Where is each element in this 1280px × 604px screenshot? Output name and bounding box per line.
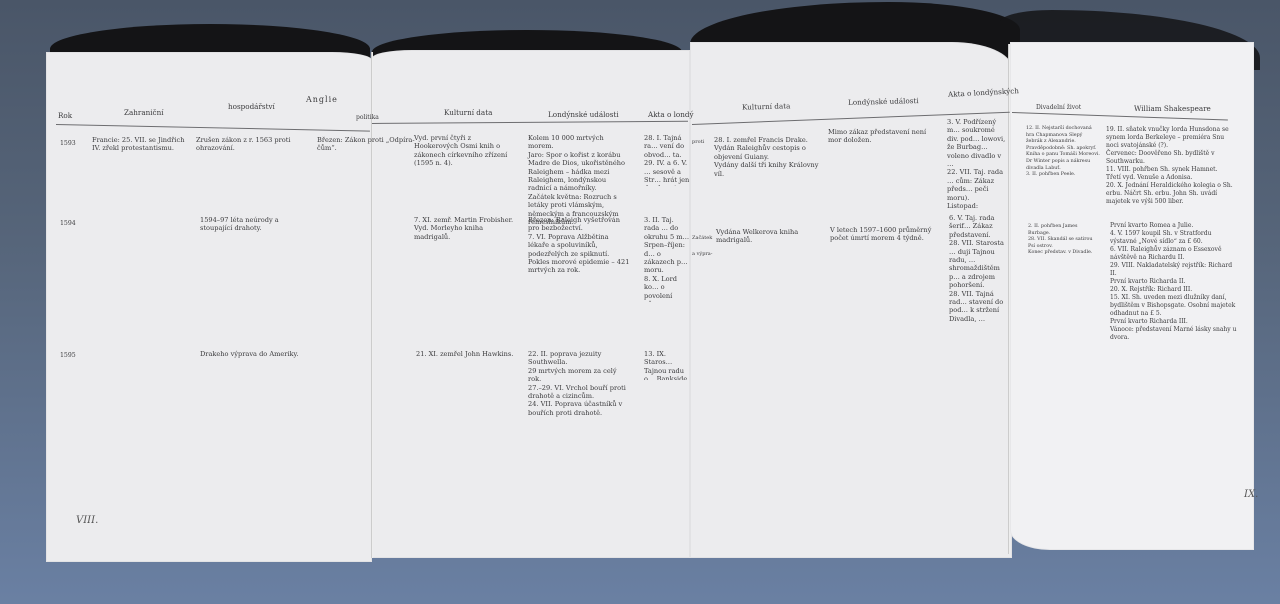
text-line: 22. II. poprava jezuity Southwella. (528, 350, 630, 367)
text-line: 24. VII. Poprava účastníků v bouřích pro… (528, 400, 630, 417)
page-viii-left (46, 52, 372, 562)
text-line: Vydán Raleighův cestopis o objevení Guia… (714, 144, 820, 161)
cell-1594-akta: 3. II. Taj. rada … do okruhu 5 m… Srpen–… (644, 216, 690, 302)
header-rok: Rok (58, 111, 72, 120)
text-line: 20. X. Jednání Heraldického kolegia o Sh… (1106, 182, 1234, 206)
text-line: 7. VI. Poprava Alžbětina lékaře a spoluv… (528, 233, 630, 258)
year-1593: 1593 (60, 140, 76, 147)
cell-1594-akta-right: 6. V. Taj. rada šerif… Zákaz představení… (949, 214, 1009, 322)
fragment-proti: proti (692, 138, 704, 146)
year-1594: 1594 (60, 220, 76, 227)
cell-1593-zahranici: Francie: 25. VII. se Jindřich IV. zřekl … (92, 136, 192, 153)
cell-1595-akta: 13. IX. Staros… Tajnou radu o… Bankside … (644, 350, 690, 380)
text-line: První kvarto Richarda II. (1110, 278, 1238, 286)
cell-1594-kulturni-data: 7. XI. zemř. Martin Frobisher. Vyd. Morl… (414, 216, 516, 241)
text-line: 6. V. Taj. rada šerif… Zákaz představení… (949, 214, 1009, 239)
text-line: 28. VII. Tajná rad… stavení do pod… k st… (949, 290, 1009, 322)
header-divadelni-zivot: Divadelní život (1036, 104, 1081, 111)
text-line: 3. V. Podřízený m… soukromé div. pod… lo… (947, 118, 1007, 168)
fragment-zacatek: Začátek (692, 234, 712, 242)
cell-1593-politika: Březen: Zákon proti „Odpíra-čům“. (317, 136, 427, 153)
cell-1594-kulturni-data-right: Vydána Welkerova kniha madrigalů. (716, 228, 820, 245)
text-line: 20. X. Rejstřík: Richard III. (1110, 286, 1238, 294)
text-line: První kvarto Romea a Julie. (1110, 222, 1238, 230)
text-line: 13. IX. Staros… Tajnou radu o… Bankside … (644, 350, 690, 380)
cell-1593-kulturni-data: Vyd. první čtyři z Hookerových Osmi knih… (414, 134, 516, 168)
text-line: 11. VIII. pohřben Sh. synek Hamnet. (1106, 166, 1234, 174)
text-line: 22. VII. Taj. rada … cům: Zákaz předs… p… (947, 168, 1007, 202)
text-line: Třetí vyd. Venuše a Adonisa. (1106, 174, 1234, 182)
text-line: Pokles morové epidemie – 421 mrtvých za … (528, 258, 630, 275)
header-zahranici: Zahraniční (124, 108, 164, 117)
cell-1594-londynske-udalosti-right: V letech 1597–1600 průměrný počet úmrtí … (830, 226, 938, 243)
text-line: Vydány další tři knihy Královny víl. (714, 161, 820, 178)
text-line: 15. XI. Sh. uveden mezi dlužníky daní, b… (1110, 294, 1238, 318)
header-kulturni-data: Kulturní data (444, 108, 492, 117)
page-viii-right (372, 50, 690, 558)
cell-1593-akta-right: 3. V. Podřízený m… soukromé div. pod… lo… (947, 118, 1007, 210)
cell-1594-shakespeare: První kvarto Romea a Julie. 4. V. 1597 k… (1110, 222, 1238, 342)
cell-1593-hospodarstvi: Zrušen zákon z r. 1563 proti ohrazování. (196, 136, 306, 153)
text-line: 28. VII. Starosta … duji Tajnou radu, … … (949, 239, 1009, 289)
cell-1593-akta: 28. I. Tajná ra… vení do obvod… ta. 29. … (644, 134, 690, 186)
header-londynske-udalosti-right: Londýnské události (848, 96, 919, 107)
text-line: Jaro: Spor o kořist z korábu Madre de Di… (528, 151, 630, 193)
text-line: 12. II. Nejstarší dochovaná hra Chapmano… (1026, 126, 1100, 146)
header-londynske-udalosti: Londýnské události (548, 110, 619, 119)
header-anglie: Anglie (306, 95, 338, 104)
text-line: 2. II. pohřben James Burbage. (1028, 224, 1100, 237)
header-kulturni-data-right: Kulturní data (742, 101, 791, 111)
header-shakespeare: William Shakespeare (1134, 104, 1211, 113)
folio-ix: IX. (1244, 489, 1258, 500)
year-1595: 1595 (60, 352, 76, 359)
header-hospodarstvi: hospodářství (228, 102, 275, 111)
text-line: 28. I. Tajná ra… vení do obvod… ta. (644, 134, 690, 159)
text-line: 29 mrtvých morem za celý rok. (528, 367, 630, 384)
text-line: První kvarto Richarda III. (1110, 318, 1238, 326)
cell-1593-kulturni-data-right: 28. I. zemřel Francis Drake. Vydán Ralei… (714, 136, 820, 178)
cell-1594-hospodarstvi: 1594–97 léta neúrody a stoupající drahot… (200, 216, 310, 233)
text-line: Pravděpodobně: Sh. apokryf. Kniha o panu… (1026, 146, 1100, 172)
cell-1594-londynske-udalosti: Březen: Raleigh vyšetřován pro bezbožect… (528, 216, 630, 275)
text-line: 27.–29. VI. Vrchol bouří proti drahotě a… (528, 384, 630, 401)
cell-1593-londynske-udalosti-right: Mimo zákaz představení není mor doložen. (828, 128, 936, 145)
text-line: Vánoce: představení Marné lásky snahy u … (1110, 326, 1238, 342)
text-line: Kolem 10 000 mrtvých morem. (528, 134, 630, 151)
cell-1593-divadelni-zivot: 12. II. Nejstarší dochovaná hra Chapmano… (1026, 126, 1100, 179)
gutter-left (371, 52, 373, 558)
cell-1595-kulturni-data: 21. XI. zemřel John Hawkins. (416, 350, 526, 358)
text-line: 6. VII. Raleighův záznam o Essexově návš… (1110, 246, 1238, 262)
folio-viii: VIII. (76, 515, 98, 526)
text-line: 29. IV. a 6. V. … sesově a Str… hrát jen… (644, 159, 690, 186)
text-line: 28. VII. Skandál se satirou Psí ostrov. (1028, 237, 1100, 250)
text-line: Listopad: Obyvat… protestují u Tajn… Bur… (947, 202, 1007, 210)
fragment-vyprava: a výpra- (692, 250, 712, 258)
cell-1595-hospodarstvi: Drakeho výprava do Ameriky. (200, 350, 330, 358)
header-akta: Akta o londý (648, 110, 694, 119)
text-line: 3. II. Taj. rada … do okruhu 5 m… (644, 216, 690, 241)
text-line: 29. VIII. Nakladatelský rejstřík: Richar… (1110, 262, 1238, 278)
header-politika: politika (356, 114, 379, 121)
text-line: Březen: Raleigh vyšetřován pro bezbožect… (528, 216, 630, 233)
text-line: 8. X. Lord ko… o povolení pře… novou spo… (644, 275, 690, 302)
cell-1595-londynske-udalosti: 22. II. poprava jezuity Southwella. 29 m… (528, 350, 630, 417)
text-line: 3. II. pohřben Peele. (1026, 172, 1100, 179)
text-line: 19. II. sňatek vnučky lorda Hunsdona se … (1106, 126, 1234, 150)
text-line: Srpen–říjen: d… o zákazech p… moru. (644, 241, 690, 275)
cell-1593-shakespeare: 19. II. sňatek vnučky lorda Hunsdona se … (1106, 126, 1234, 206)
text-line: Konec představ. v Divadle. (1028, 250, 1100, 257)
text-line: Červenec: Doověřeno Sh. bydliště v South… (1106, 150, 1234, 166)
cell-1594-divadelni-zivot: 2. II. pohřben James Burbage. 28. VII. S… (1028, 224, 1100, 257)
cell-1593-londynske-udalosti: Kolem 10 000 mrtvých morem. Jaro: Spor o… (528, 134, 630, 226)
text-line: 4. V. 1597 koupil Sh. v Stratfordu výsta… (1110, 230, 1238, 246)
